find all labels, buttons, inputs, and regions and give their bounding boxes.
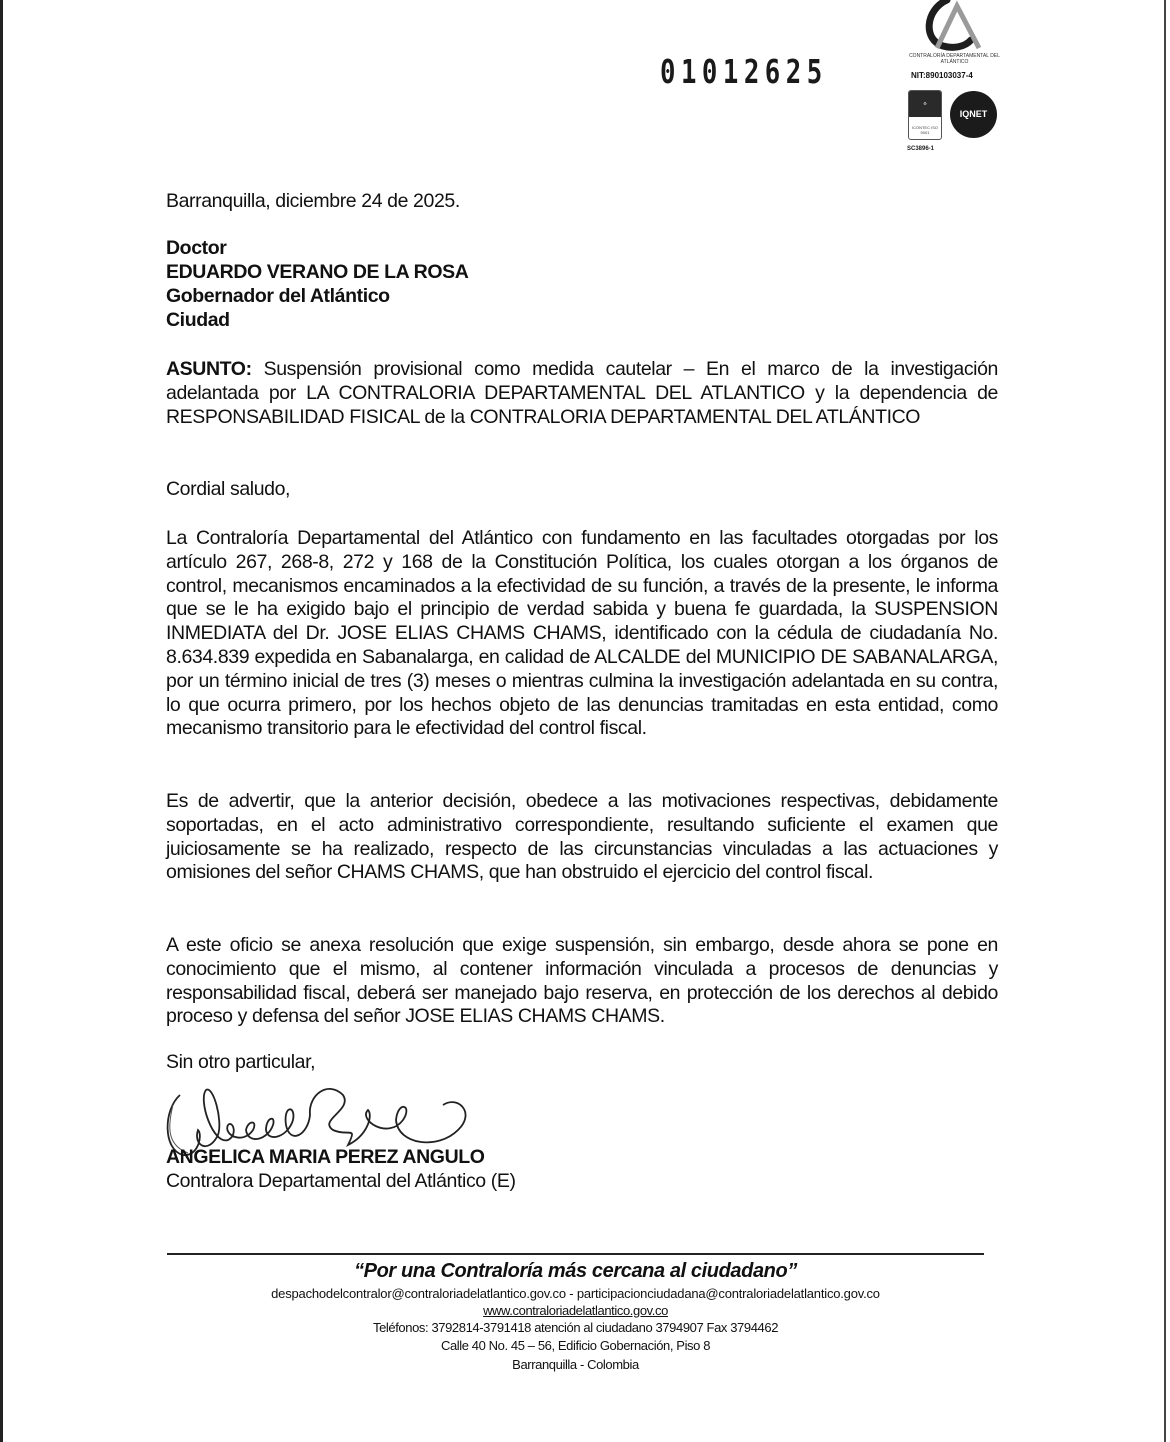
footer-city: Barranquilla - Colombia — [167, 1356, 984, 1374]
subject-block: ASUNTO: Suspensión provisional como medi… — [166, 358, 998, 429]
addressee-name: EDUARDO VERANO DE LA ROSA — [166, 261, 998, 285]
signer-name: ANGELICA MARIA PEREZ ANGULO — [166, 1146, 485, 1169]
signer-title: Contralora Departamental del Atlántico (… — [166, 1170, 516, 1193]
body-paragraph: A este oficio se anexa resolución que ex… — [166, 934, 998, 1029]
contraloria-logo-icon — [895, 0, 1015, 55]
addressee-city: Ciudad — [166, 309, 998, 333]
subject-text: Suspensión provisional como medida caute… — [166, 358, 998, 428]
date-line: Barranquilla, diciembre 24 de 2025. — [166, 190, 998, 214]
addressee-salutation: Doctor — [166, 237, 998, 261]
icontec-certification-badge: ⚙ ICONTEC ISO 9001 — [908, 90, 942, 140]
subject-label: ASUNTO: — [166, 358, 252, 380]
footer-address: Calle 40 No. 45 – 56, Edificio Gobernaci… — [167, 1337, 984, 1355]
letter-page: 01012625 CONTRALORÍA DEPARTAMENTAL DEL A… — [0, 0, 1170, 1442]
greeting: Cordial saludo, — [166, 478, 998, 502]
certificate-code: SC3896-1 — [907, 146, 934, 152]
body-paragraph: La Contraloría Departamental del Atlánti… — [166, 527, 998, 741]
footer-phones: Teléfonos: 3792814-3791418 atención al c… — [167, 1319, 984, 1337]
addressee-position: Gobernador del Atlántico — [166, 285, 998, 309]
letterhead-entity-text: CONTRALORÍA DEPARTAMENTAL DEL ATLÁNTICO — [907, 53, 1002, 65]
letterhead-nit: NIT:890103037-4 — [911, 71, 973, 80]
footer-divider — [167, 1253, 984, 1255]
letterhead-logo-block: CONTRALORÍA DEPARTAMENTAL DEL ATLÁNTICO … — [895, 0, 1015, 160]
radicado-stamp-number: 01012625 — [660, 52, 828, 91]
certification-seal-icon: ⚙ — [909, 91, 941, 117]
footer-motto: “Por una Contraloría más cercana al ciud… — [167, 1260, 984, 1283]
footer-emails: despachodelcontralor@contraloriadelatlan… — [167, 1285, 984, 1303]
closing-line: Sin otro particular, — [166, 1051, 998, 1075]
scan-edge-left — [0, 0, 3, 1442]
scan-edge-right — [1164, 0, 1166, 1442]
addressee-block: Doctor EDUARDO VERANO DE LA ROSA Goberna… — [166, 237, 998, 333]
footer-website-link[interactable]: www.contraloriadelatlantico.gov.co — [167, 1302, 984, 1320]
body-paragraph: Es de advertir, que la anterior decisión… — [166, 790, 998, 885]
iqnet-certification-badge: IQNET — [950, 91, 997, 138]
